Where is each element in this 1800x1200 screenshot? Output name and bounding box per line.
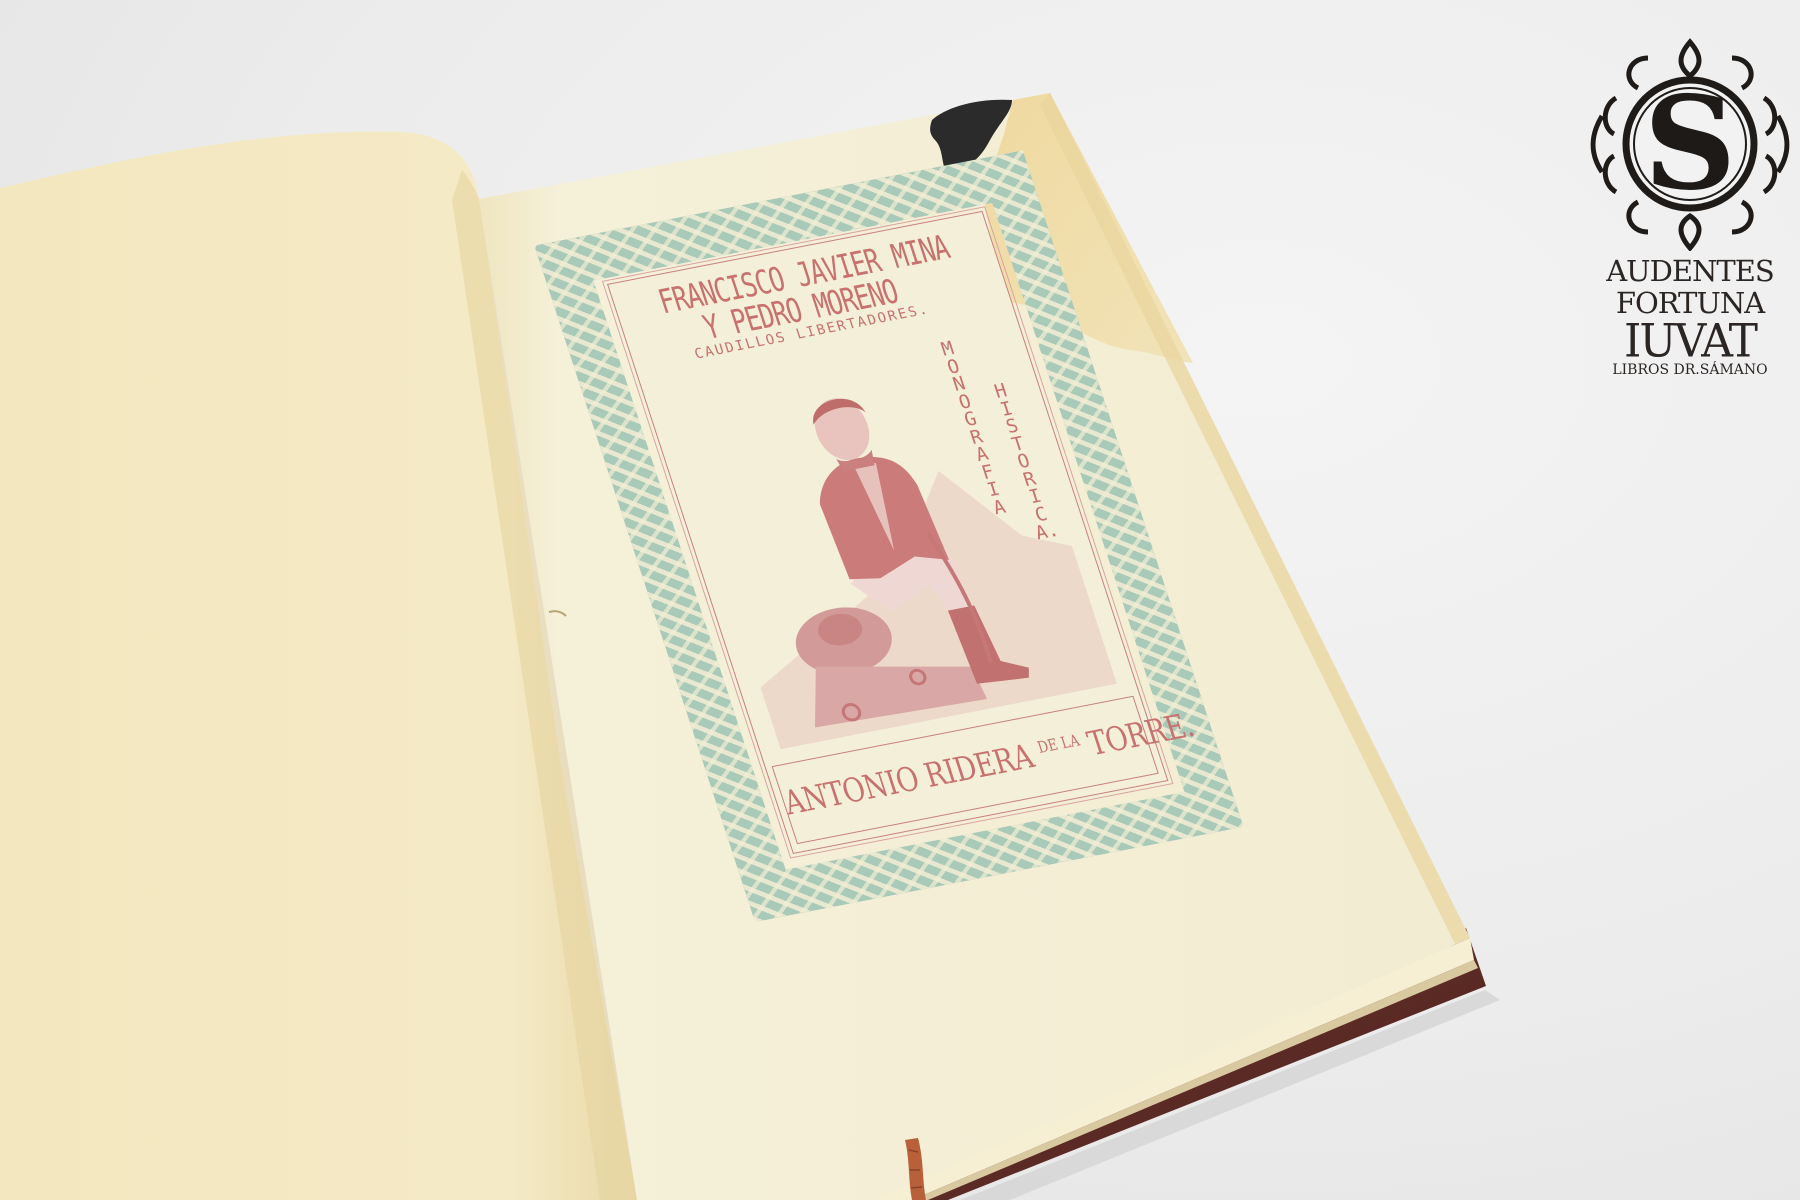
bookseller-logo: S AUDENTES FORTUNA IUVAT LIBROS DR.SÁMAN…: [1588, 36, 1792, 366]
author-particle: DE LA: [1035, 732, 1082, 758]
author-first: ANTONIO RIDERA: [779, 738, 1038, 823]
logo-line-1: AUDENTES: [1588, 254, 1792, 288]
monogram-s-icon: S: [1588, 36, 1792, 251]
logo-line-3: IUVAT: [1588, 315, 1792, 369]
logo-line-4: LIBROS DR.SÁMANO: [1588, 362, 1792, 378]
monogram-letter: S: [1644, 69, 1736, 219]
